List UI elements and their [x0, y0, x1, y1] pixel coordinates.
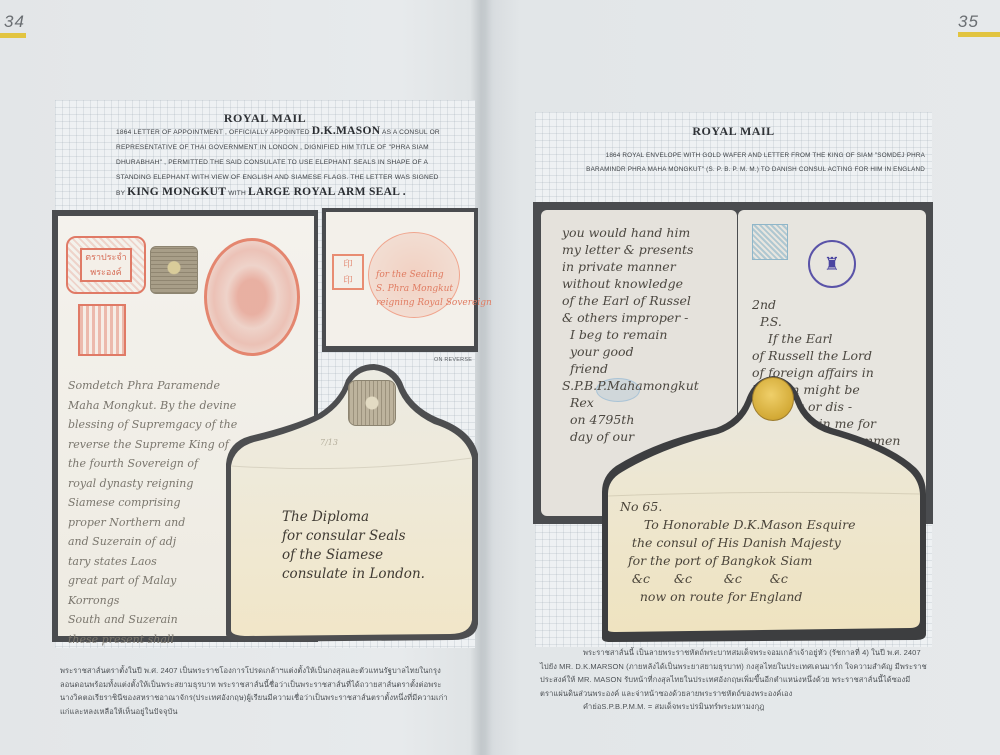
royal-arm-oval-seal-icon: [204, 238, 300, 356]
square-red-seal-icon: [78, 304, 126, 356]
page-number-left: 34: [4, 12, 25, 32]
highlight-seal: LARGE ROYAL ARM SEAL .: [248, 186, 406, 198]
royal-crest-icon: ♜: [808, 240, 856, 288]
right-thai-caption: พระราชสาส์นนี้ เป็นลายพระราชหัตถ์พระบาทส…: [540, 646, 960, 714]
reverse-handwriting: for the Sealing S. Phra Mongkut reigning…: [376, 268, 492, 310]
page-number-right: 35: [958, 12, 979, 32]
left-exhibit-description: 1864 LETTER OF APPOINTMENT , OFFICIALLY …: [116, 124, 476, 201]
octagonal-red-seal-icon: ตราประจำ พระองค์: [66, 236, 146, 294]
left-thai-caption: พระราชสาส์นตราตั้งในปี พ.ศ. 2407 เป็นพระ…: [60, 664, 480, 718]
gold-wafer-seal-icon: [752, 377, 794, 421]
envelope-embossed-seal-icon: [348, 380, 396, 426]
reverse-square-seal-icon: 印 印: [332, 254, 364, 290]
highlight-name: D.K.MASON: [312, 125, 381, 137]
envelope-pencil-note: 7/13: [320, 438, 338, 447]
gold-embossed-seal-icon: [150, 246, 198, 294]
letter-handwriting: Somdetch Phra Paramende Maha Mongkut. By…: [68, 376, 237, 649]
envelope-handwriting: The Diploma for consular Seals of the Si…: [282, 508, 425, 584]
page-accent-bar-left: [0, 33, 26, 38]
right-exhibit-title: ROYAL MAIL: [535, 124, 932, 139]
royal-envelope-handwriting: No 65. To Honorable D.K.Mason Esquire th…: [620, 498, 856, 606]
highlight-king: KING MONGKUT: [127, 186, 226, 198]
page-accent-bar-right: [958, 32, 1000, 37]
blue-stamp-icon: [752, 224, 788, 260]
right-exhibit-description: 1864 ROYAL ENVELOPE WITH GOLD WAFER AND …: [555, 149, 925, 177]
